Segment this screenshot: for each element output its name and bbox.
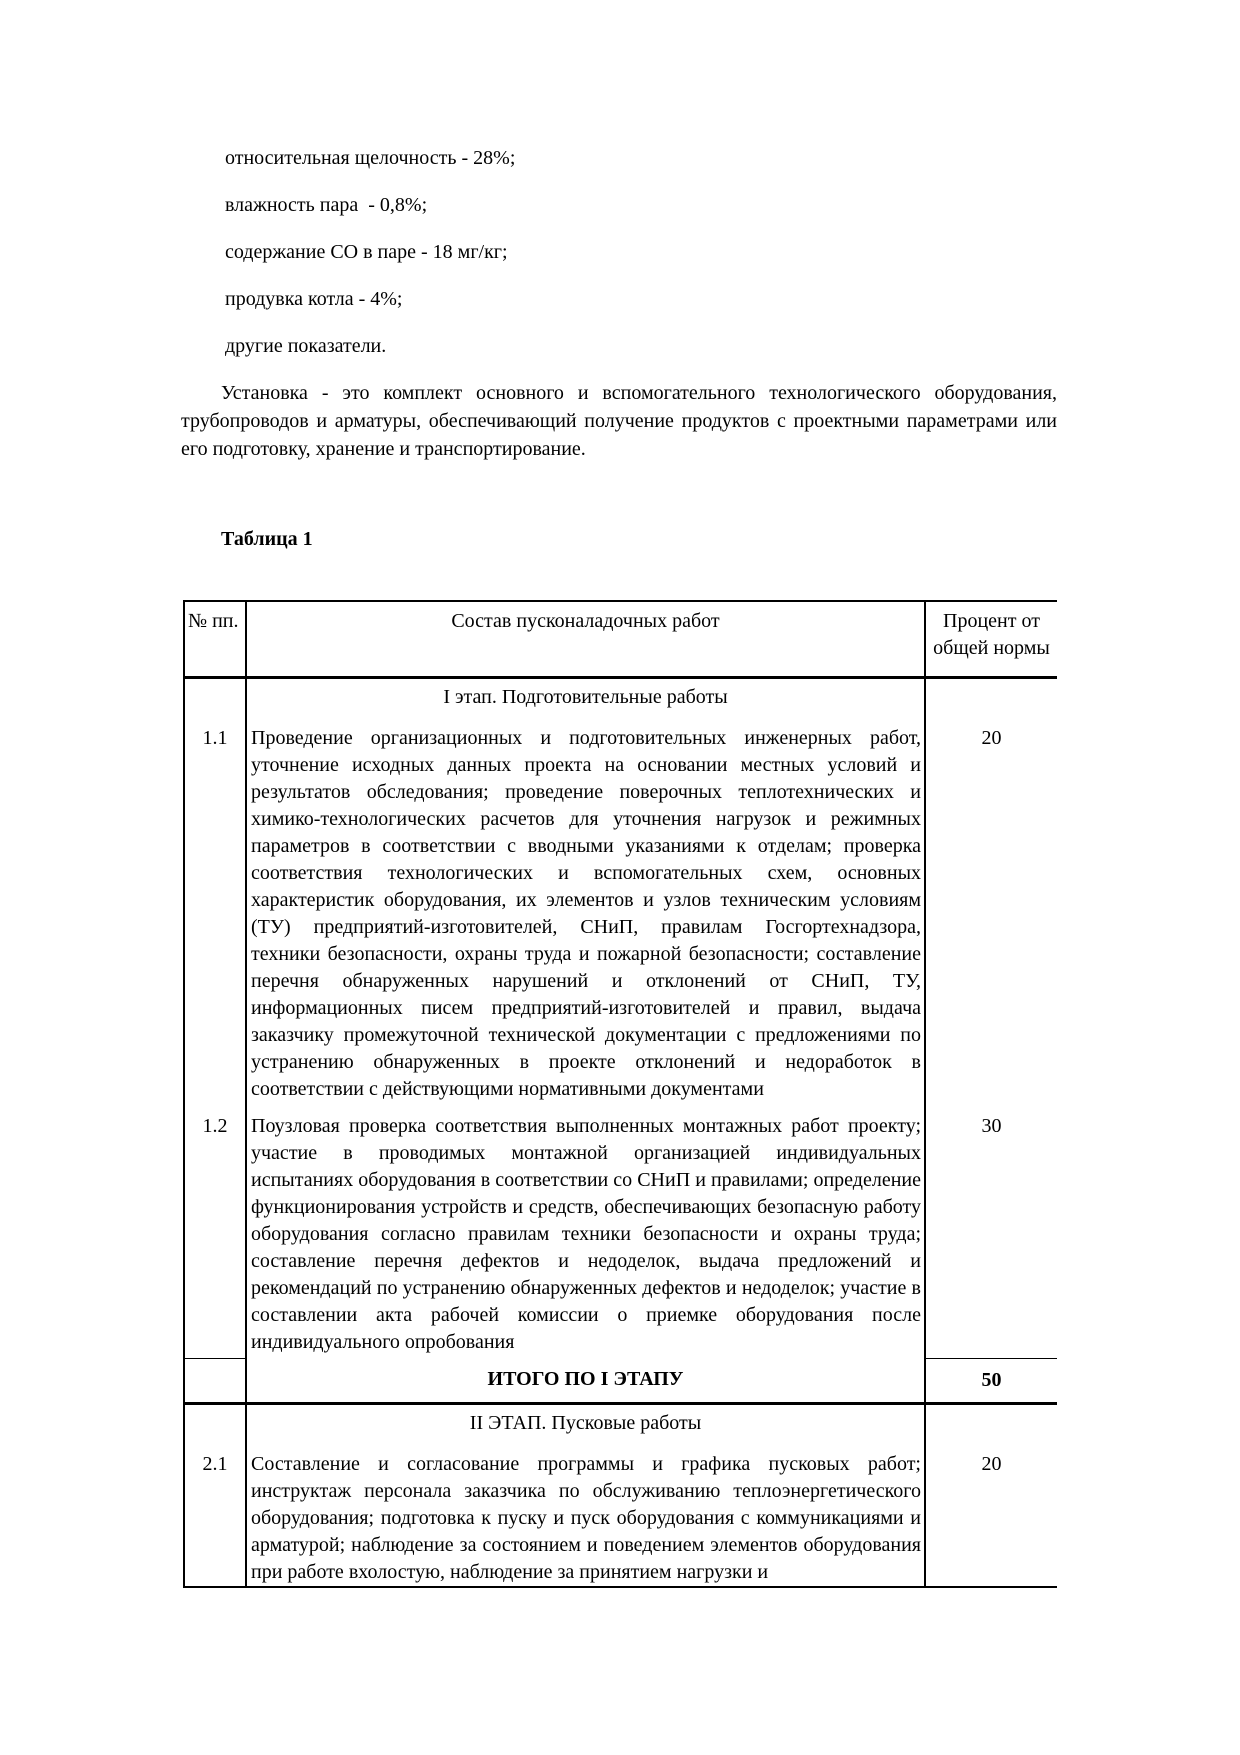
item-description: Проведение организационных и подготовите…: [246, 717, 925, 1105]
item-percent: 20: [925, 717, 1057, 1105]
item-number: 2.1: [184, 1443, 246, 1588]
item-description: Составление и согласование программы и г…: [246, 1443, 925, 1588]
stage1-total-label: ИТОГО ПО I ЭТАПУ: [246, 1358, 925, 1403]
table-header-row: № пп. Состав пусконаладочных работ Проце…: [184, 601, 1057, 678]
header-cell-num: № пп.: [184, 601, 246, 678]
empty-cell: [184, 1403, 246, 1443]
item-number: 1.1: [184, 717, 246, 1105]
empty-cell: [184, 1358, 246, 1403]
header-cell-composition: Состав пусконаладочных работ: [246, 601, 925, 678]
stage2-section-row: II ЭТАП. Пусковые работы: [184, 1403, 1057, 1443]
indicator-item: продувка котла - 4%;: [181, 285, 1057, 313]
indicator-item: влажность пара - 0,8%;: [181, 191, 1057, 219]
stage2-title: II ЭТАП. Пусковые работы: [246, 1403, 925, 1443]
document-page: { "document": { "indicator_items": [ "от…: [0, 0, 1240, 1755]
header-cell-percent: Процент от общей нормы: [925, 601, 1057, 678]
table-page-clip: № пп. Состав пусконаладочных работ Проце…: [183, 600, 1057, 1588]
table-row: 1.1 Проведение организационных и подгото…: [184, 717, 1057, 1105]
stage1-title: I этап. Подготовительные работы: [246, 678, 925, 718]
item-percent: 30: [925, 1105, 1057, 1358]
stage1-total-percent: 50: [925, 1358, 1057, 1403]
body-paragraph: Установка - это комплект основного и всп…: [181, 379, 1057, 463]
item-percent: 20: [925, 1443, 1057, 1588]
works-table: № пп. Состав пусконаладочных работ Проце…: [183, 600, 1057, 1588]
item-number: 1.2: [184, 1105, 246, 1358]
stage1-total-row: ИТОГО ПО I ЭТАПУ 50: [184, 1358, 1057, 1403]
empty-cell: [184, 678, 246, 718]
stage1-section-row: I этап. Подготовительные работы: [184, 678, 1057, 718]
indicator-item: содержание СО в паре - 18 мг/кг;: [181, 238, 1057, 266]
table-row: 2.1 Составление и согласование программы…: [184, 1443, 1057, 1588]
indicator-item: другие показатели.: [181, 332, 1057, 360]
intro-list: относительная щелочность - 28%; влажност…: [181, 144, 1057, 360]
indicator-item: относительная щелочность - 28%;: [181, 144, 1057, 172]
table-caption: Таблица 1: [181, 525, 1057, 553]
item-description: Поузловая проверка соответствия выполнен…: [246, 1105, 925, 1358]
table-row: 1.2 Поузловая проверка соответствия выпо…: [184, 1105, 1057, 1358]
empty-cell: [925, 678, 1057, 718]
empty-cell: [925, 1403, 1057, 1443]
